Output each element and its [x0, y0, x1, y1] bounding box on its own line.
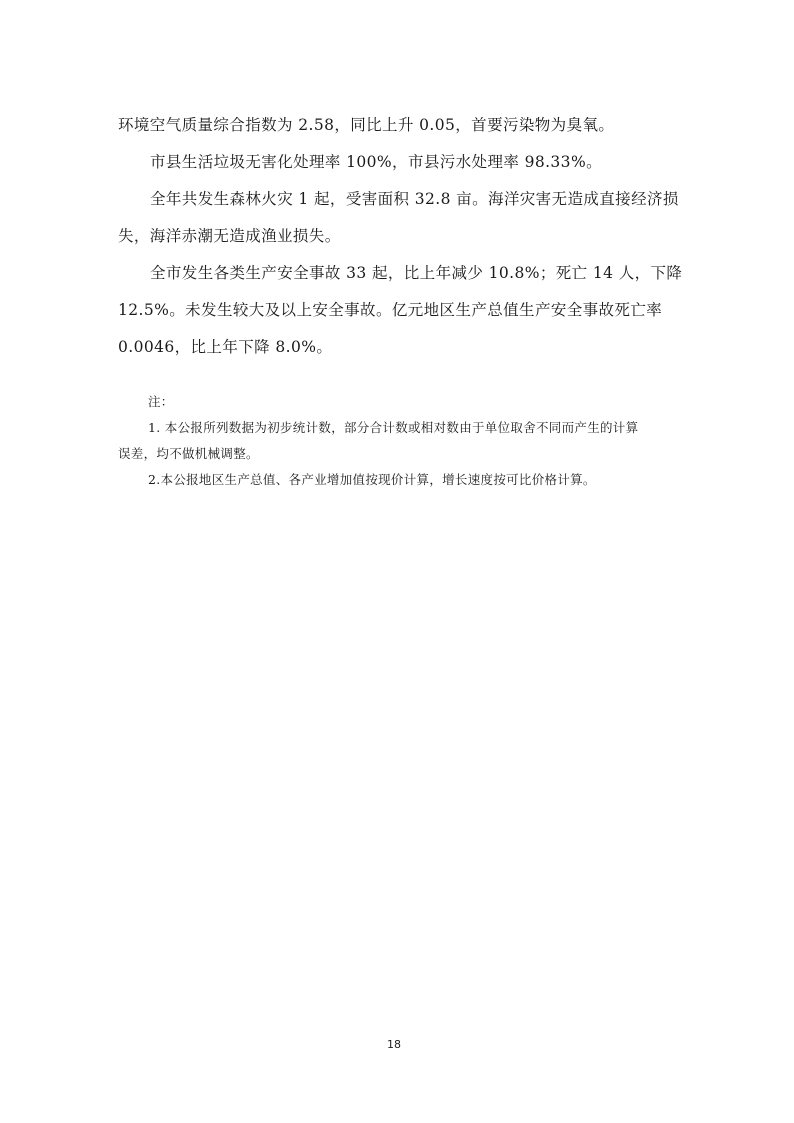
- document-page: 环境空气质量综合指数为 2.58，同比上升 0.05，首要污染物为臭氧。 市县生…: [0, 0, 794, 1123]
- paragraph-line: 12.5%。未发生较大及以上安全事故。亿元地区生产总值生产安全事故死亡率: [118, 298, 662, 320]
- paragraph-line: 全年共发生森林火灾 1 起，受害面积 32.8 亩。海洋灾害无造成直接经济损: [150, 187, 679, 209]
- paragraph-line: 失，海洋赤潮无造成渔业损失。: [118, 224, 341, 246]
- note-item: 2.本公报地区生产总值、各产业增加值按现价计算，增长速度按可比价格计算。: [148, 470, 596, 488]
- paragraph-line: 0.0046，比上年下降 8.0%。: [118, 335, 332, 357]
- paragraph-line: 环境空气质量综合指数为 2.58，同比上升 0.05，首要污染物为臭氧。: [118, 113, 614, 135]
- note-item: 1. 本公报所列数据为初步统计数，部分合计数或相对数由于单位取舍不同而产生的计算: [148, 418, 638, 436]
- notes-title: 注：: [148, 392, 174, 410]
- paragraph-line: 全市发生各类生产安全事故 33 起，比上年减少 10.8%；死亡 14 人，下降: [150, 261, 682, 283]
- page-number: 18: [387, 1038, 401, 1051]
- paragraph-line: 市县生活垃圾无害化处理率 100%，市县污水处理率 98.33%。: [150, 150, 602, 172]
- note-item: 误差，均不做机械调整。: [118, 444, 259, 462]
